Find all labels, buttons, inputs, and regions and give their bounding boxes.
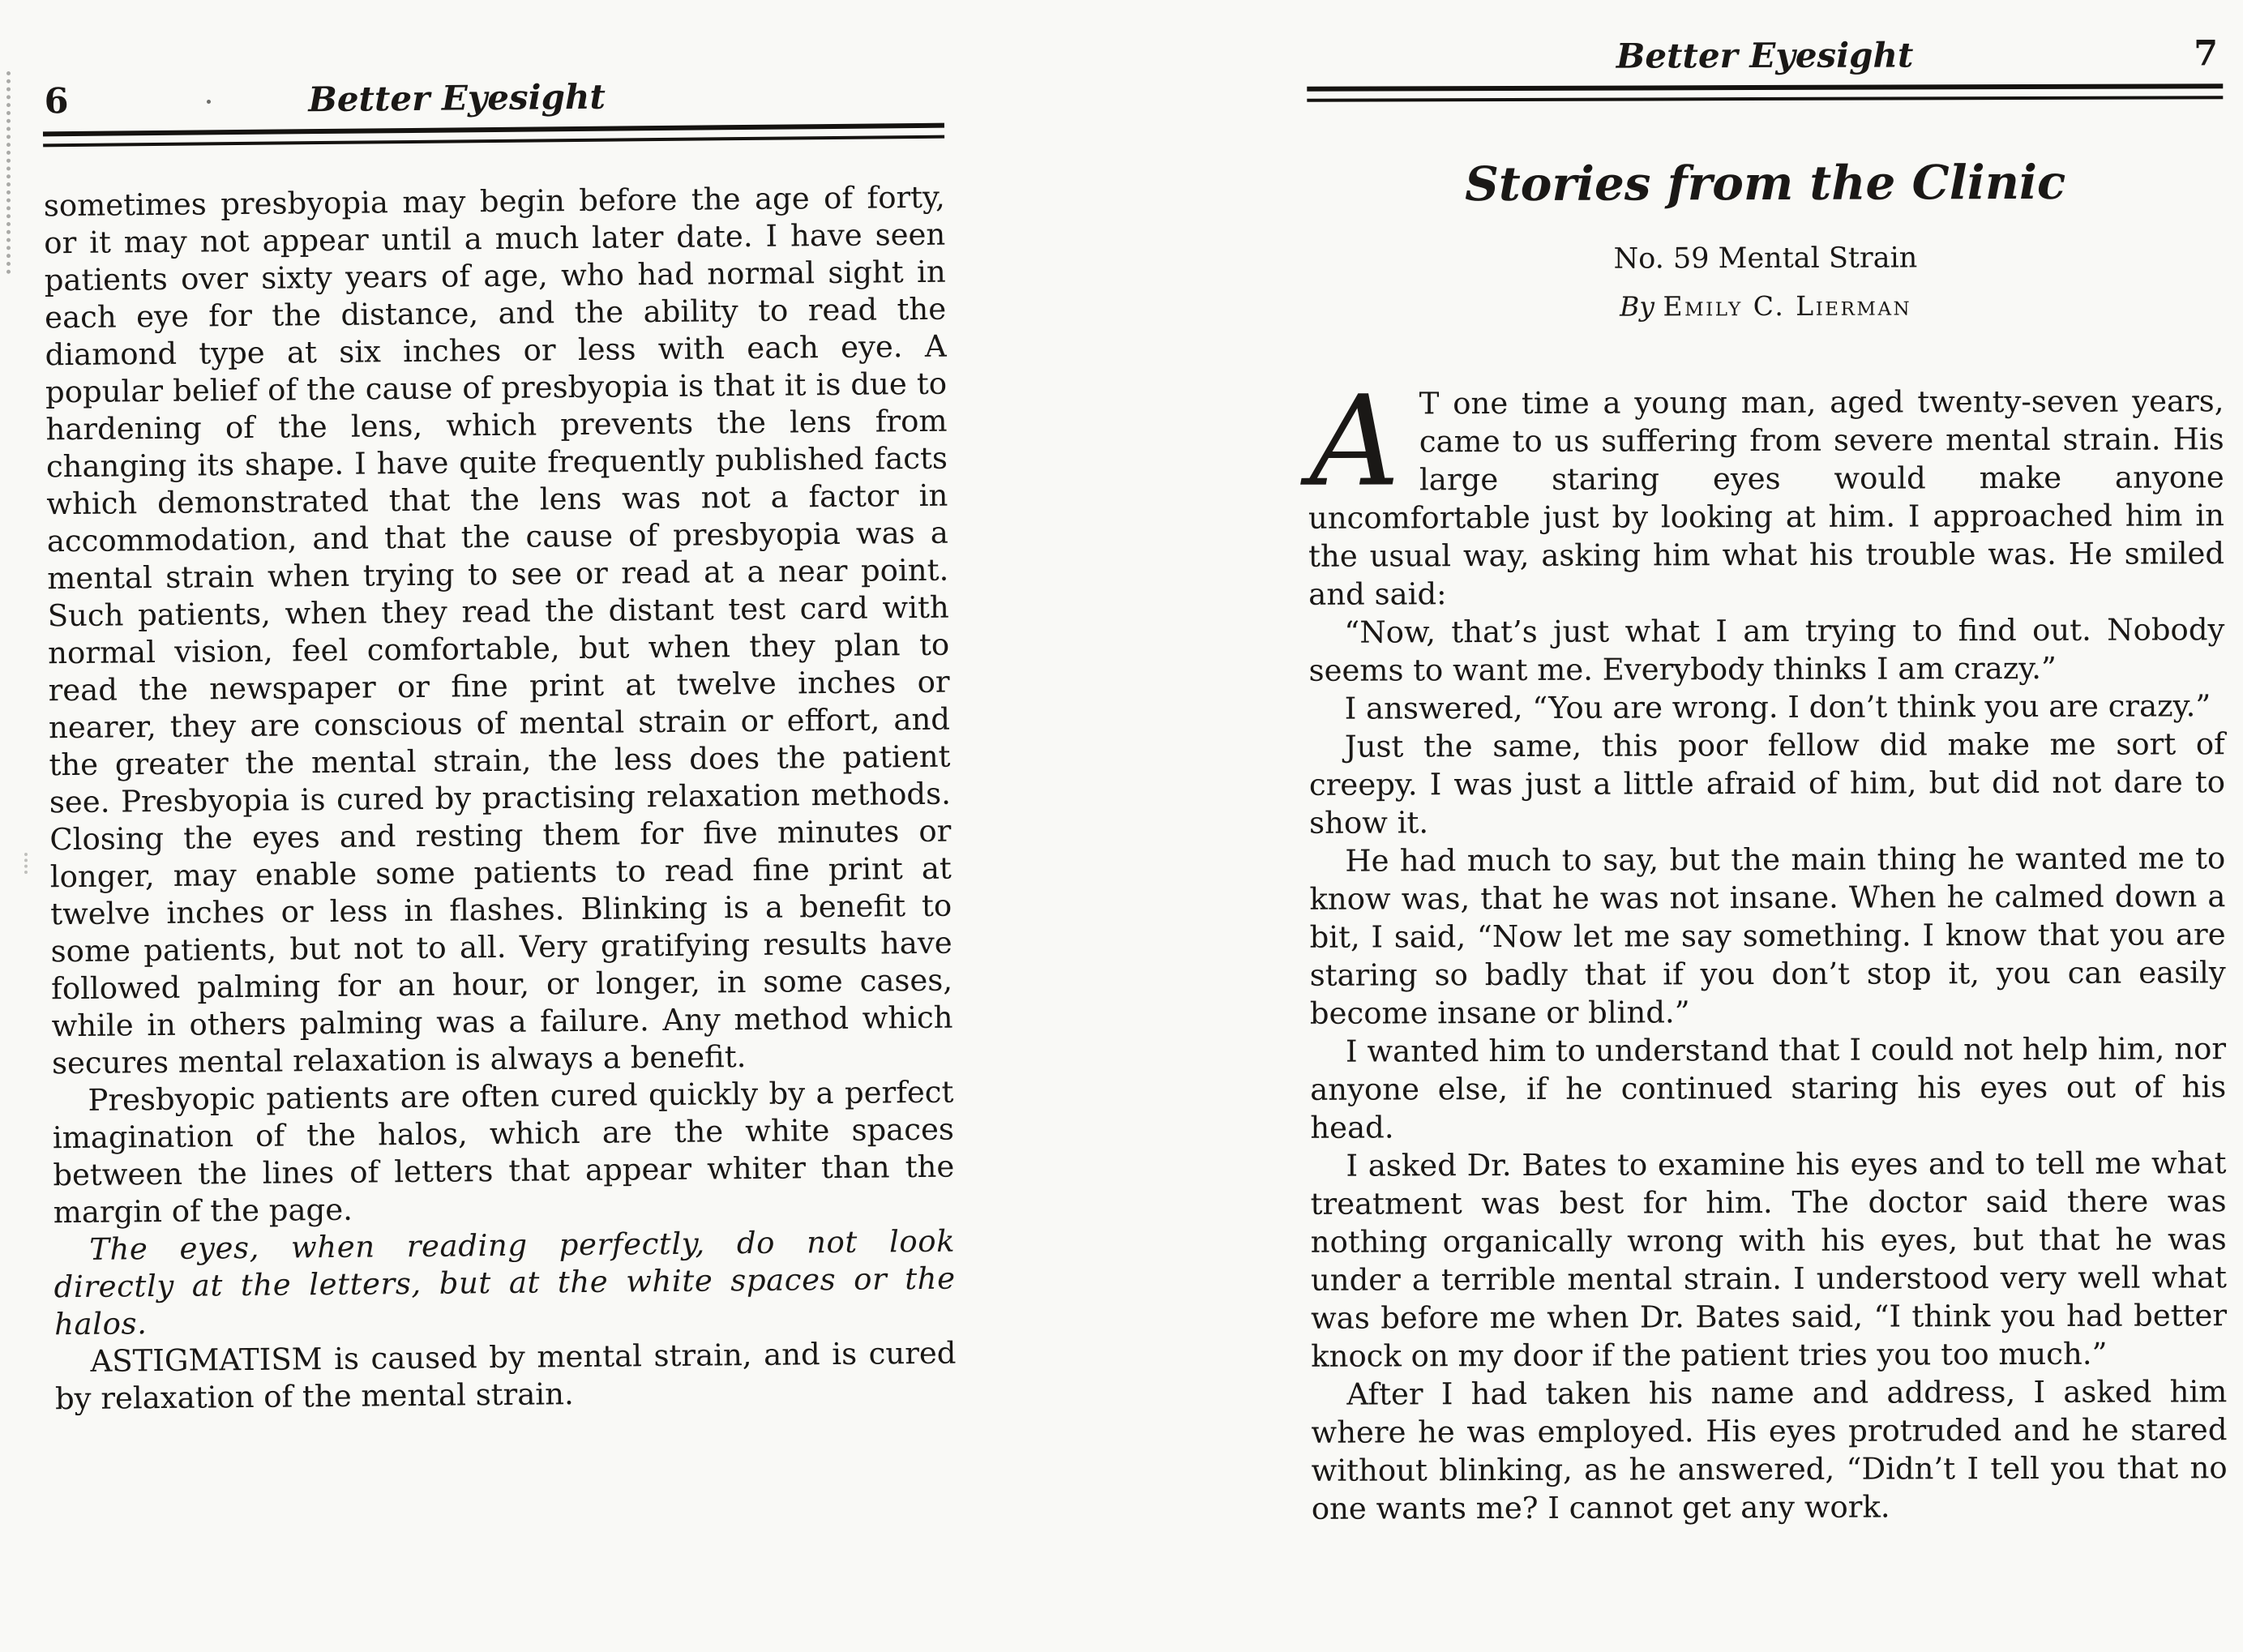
right-page: Better Eyesight 7 Stories from the Clini… (1307, 13, 2228, 1527)
body-paragraph: He had much to say, but the main thing h… (1309, 839, 2226, 1033)
body-paragraph: I answered, “You are wrong. I don’t thin… (1309, 687, 2225, 728)
italic-note-paragraph: The eyes, when reading perfectly, do not… (54, 1223, 956, 1344)
byline-by: By (1620, 290, 1654, 322)
article-subtitle: No. 59 Mental Strain (1308, 239, 2224, 278)
body-paragraph: After I had taken his name and address, … (1311, 1372, 2228, 1528)
right-running-head: Better Eyesight (1307, 37, 2223, 75)
body-paragraph: I wanted him to understand that I could … (1310, 1029, 2226, 1147)
left-page-body: sometimes presbyopia may begin before th… (44, 179, 957, 1419)
article-title: Stories from the Clinic (1308, 156, 2224, 211)
scan-speck (24, 853, 31, 874)
left-header-rule (43, 123, 944, 148)
drop-cap: A (1309, 391, 1400, 493)
right-page-number: 7 (2194, 36, 2218, 71)
left-page-header: 6 Better Eyesight (42, 43, 944, 120)
right-page-body: AT one time a young man, aged twenty-sev… (1308, 382, 2227, 1528)
body-paragraph-dropcap: AT one time a young man, aged twenty-sev… (1308, 382, 2224, 614)
magazine-spread-scan: 6 Better Eyesight sometimes presbyopia m… (0, 0, 2243, 1652)
byline-name: Emily C. Lierman (1663, 289, 1911, 322)
right-page-header: Better Eyesight 7 (1307, 13, 2223, 75)
body-paragraph: ASTIGMATISM is caused by mental strain, … (54, 1335, 957, 1419)
body-paragraph: Just the same, this poor fellow did make… (1309, 725, 2225, 842)
body-paragraph: Presbyopic patients are often cured quic… (52, 1074, 955, 1232)
left-page: 6 Better Eyesight sometimes presbyopia m… (42, 43, 957, 1419)
right-header-rule (1307, 83, 2223, 102)
scan-edge-marks (6, 71, 15, 274)
body-paragraph: “Now, that’s just what I am trying to fi… (1308, 610, 2224, 690)
body-paragraph: I asked Dr. Bates to examine his eyes an… (1310, 1144, 2227, 1376)
article-byline: By Emily C. Lierman (1308, 288, 2224, 325)
paragraph-text: T one time a young man, aged twenty-seve… (1308, 383, 2224, 612)
left-running-head: Better Eyesight (42, 78, 871, 120)
body-paragraph: sometimes presbyopia may begin before th… (44, 179, 954, 1083)
